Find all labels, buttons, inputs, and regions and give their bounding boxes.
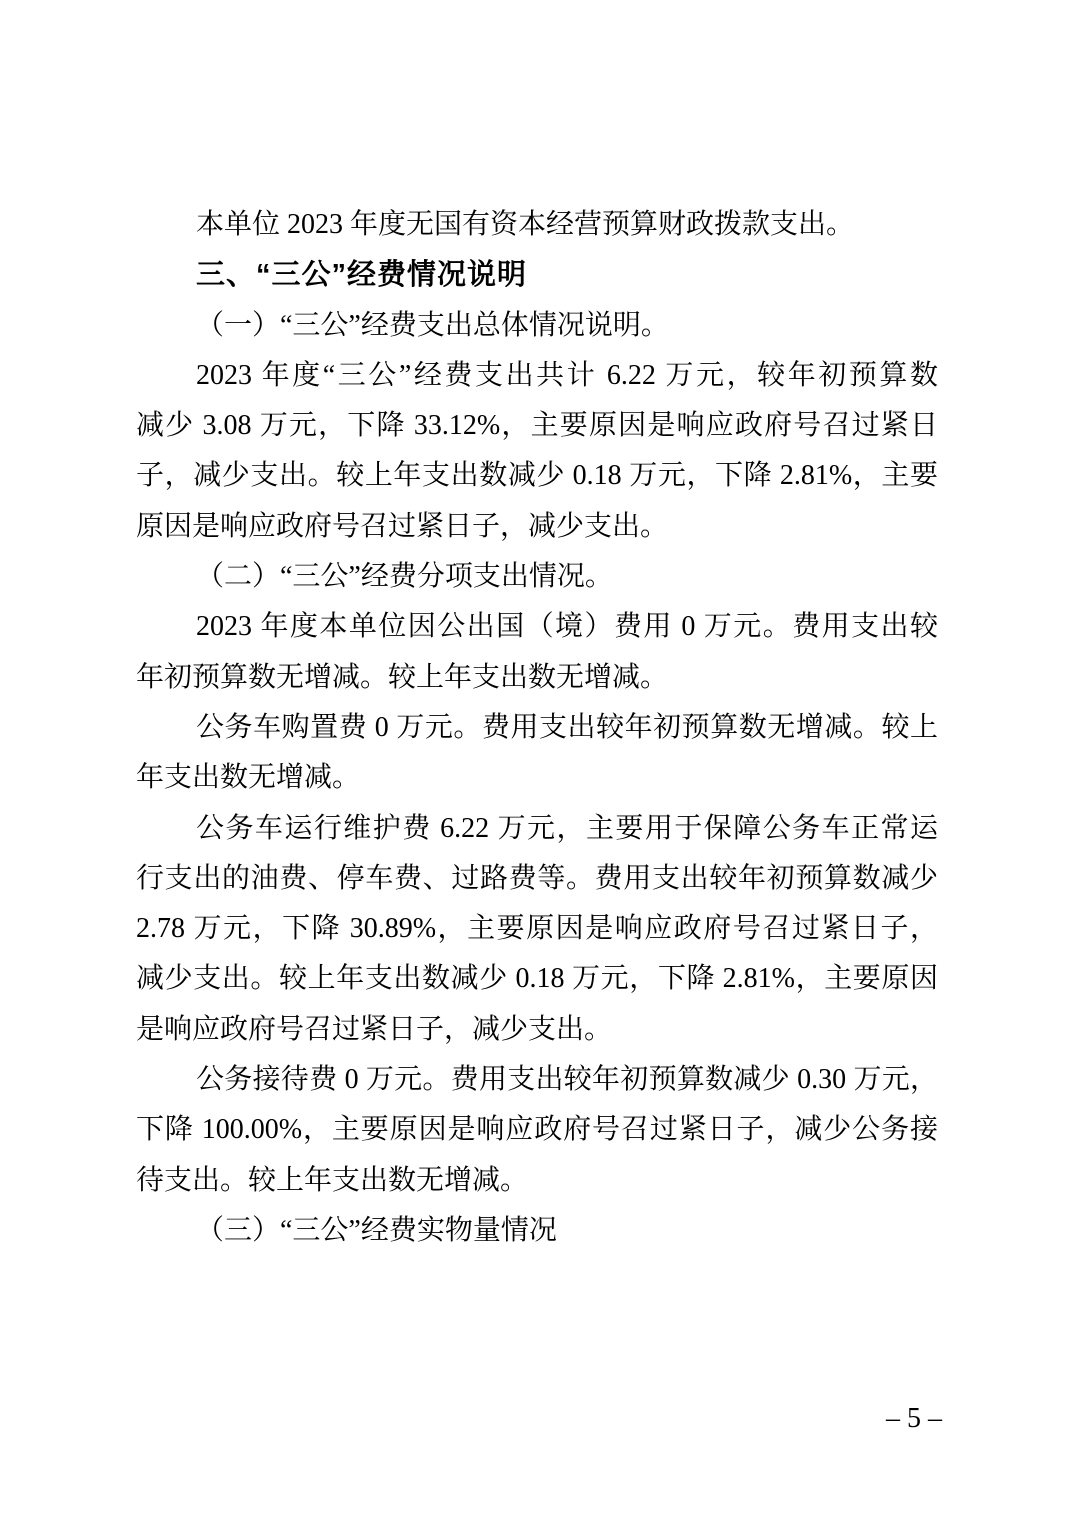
text-line: 年初预算数无增减。较上年支出数无增减。 <box>136 653 938 703</box>
document-page: 本单位 2023 年度无国有资本经营预算财政拨款支出。三、“三公”经费情况说明（… <box>0 0 1075 1520</box>
text-line: 下降 100.00%，主要原因是响应政府号召过紧日子，减少公务接 <box>136 1105 938 1155</box>
text-line: 原因是响应政府号召过紧日子，减少支出。 <box>136 502 938 552</box>
text-line: 行支出的油费、停车费、过路费等。费用支出较年初预算数减少 <box>136 854 938 904</box>
text-line: 年支出数无增减。 <box>136 753 938 803</box>
text-line: （二）“三公”经费分项支出情况。 <box>136 552 938 602</box>
text-line: 子，减少支出。较上年支出数减少 0.18 万元，下降 2.81%，主要 <box>136 451 938 501</box>
text-line: 待支出。较上年支出数无增减。 <box>136 1156 938 1206</box>
text-line: 2.78 万元，下降 30.89%，主要原因是响应政府号召过紧日子， <box>136 904 938 954</box>
text-line: 本单位 2023 年度无国有资本经营预算财政拨款支出。 <box>136 200 938 250</box>
text-line: 减少支出。较上年支出数减少 0.18 万元，下降 2.81%，主要原因 <box>136 954 938 1004</box>
section-heading: 三、“三公”经费情况说明 <box>136 250 938 300</box>
text-line: 2023 年度“三公”经费支出共计 6.22 万元，较年初预算数 <box>136 351 938 401</box>
text-line: 公务车购置费 0 万元。费用支出较年初预算数无增减。较上 <box>136 703 938 753</box>
text-line: 减少 3.08 万元，下降 33.12%，主要原因是响应政府号召过紧日 <box>136 401 938 451</box>
text-line: （三）“三公”经费实物量情况 <box>136 1206 938 1256</box>
text-line: 2023 年度本单位因公出国（境）费用 0 万元。费用支出较 <box>136 602 938 652</box>
text-line: 公务接待费 0 万元。费用支出较年初预算数减少 0.30 万元， <box>136 1055 938 1105</box>
page-number: – 5 – <box>136 1402 942 1436</box>
document-body: 本单位 2023 年度无国有资本经营预算财政拨款支出。三、“三公”经费情况说明（… <box>136 200 938 1256</box>
text-line: 是响应政府号召过紧日子，减少支出。 <box>136 1005 938 1055</box>
text-line: （一）“三公”经费支出总体情况说明。 <box>136 301 938 351</box>
text-line: 公务车运行维护费 6.22 万元，主要用于保障公务车正常运 <box>136 804 938 854</box>
